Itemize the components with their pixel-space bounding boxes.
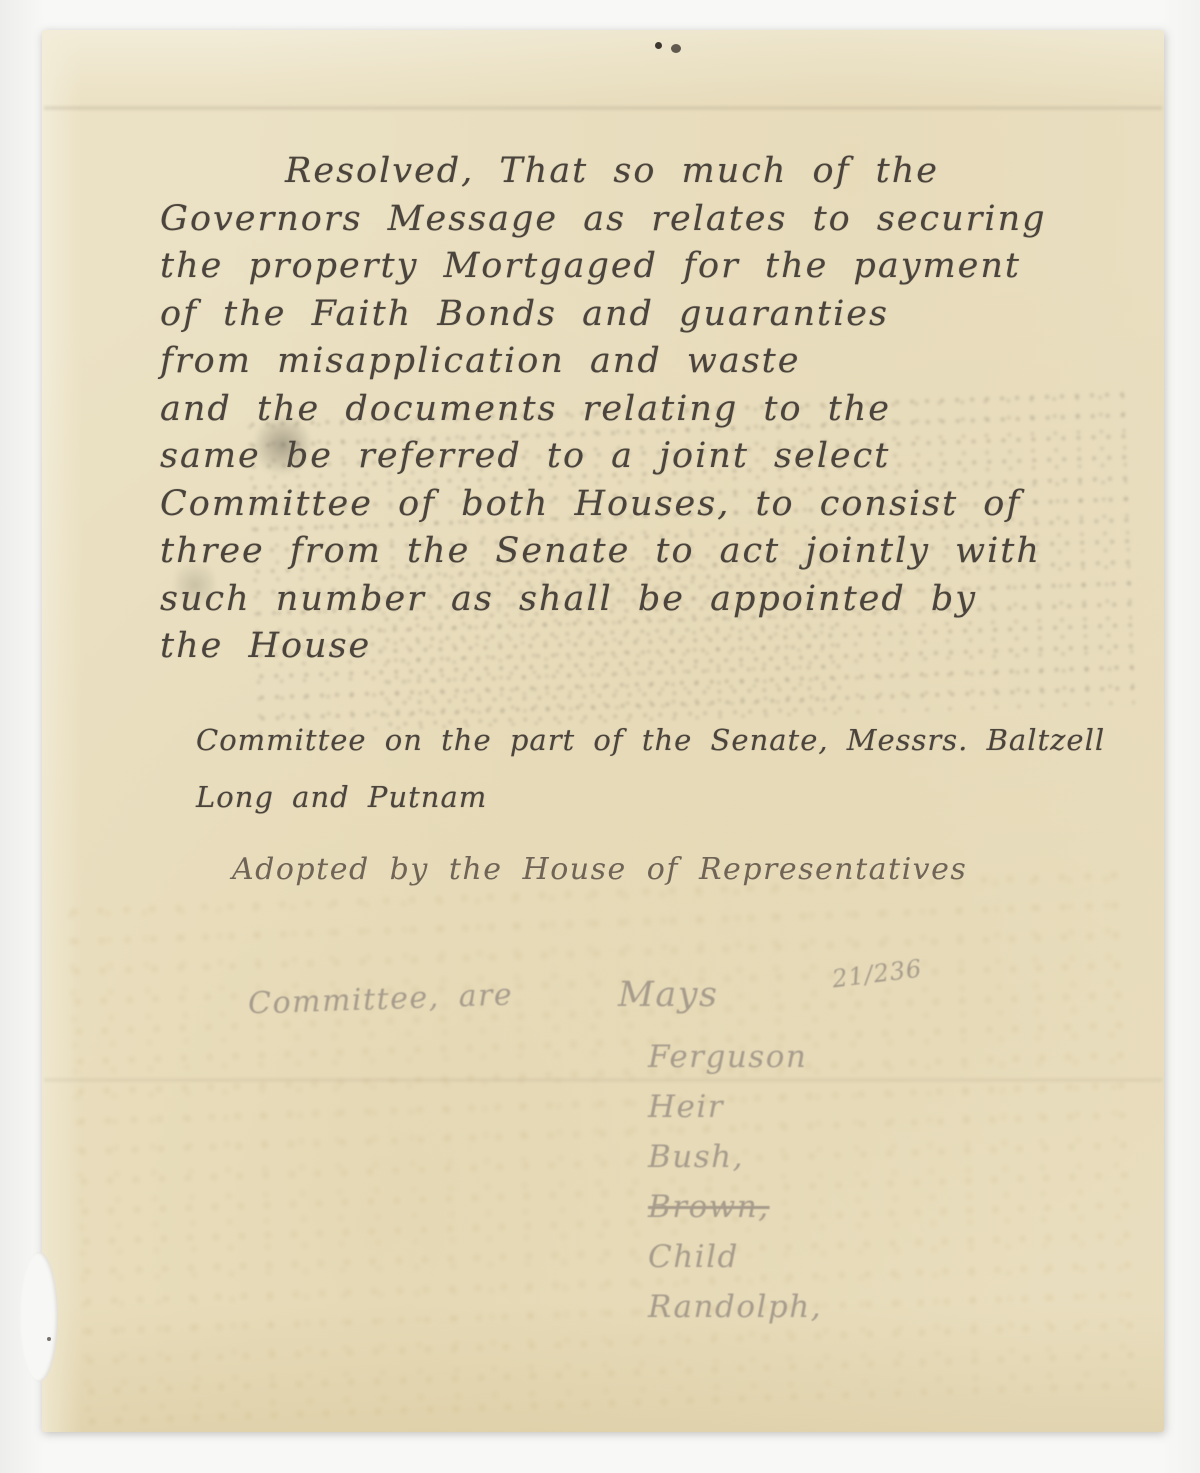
committee-note-line: Long and Putnam — [196, 769, 1105, 826]
pencil-member: Bush, — [648, 1132, 822, 1182]
ink-speck — [47, 1337, 51, 1341]
resolution-line: Governors Message as relates to securing — [160, 196, 1047, 244]
resolution-line: and the documents relating to the — [160, 386, 1047, 434]
paper-crease — [44, 106, 1162, 110]
pencil-member: Ferguson — [648, 1032, 822, 1082]
pencil-member: Child — [648, 1232, 822, 1282]
resolution-line: Committee of both Houses, to consist of — [160, 481, 1047, 529]
resolution-line: the House — [160, 623, 1047, 671]
adoption-note: Adopted by the House of Representatives — [232, 852, 967, 887]
resolution-line: from misapplication and waste — [160, 338, 1047, 386]
bleed-through-ghost — [61, 862, 1139, 1429]
resolution-line: three from the Senate to act jointly wit… — [160, 528, 1047, 576]
pencil-member: Heir — [648, 1082, 822, 1132]
paper-edge-notch — [20, 1252, 58, 1382]
ink-speck — [655, 42, 662, 49]
resolution-line: Resolved, That so much of the — [160, 148, 1047, 196]
committee-note-line: Committee on the part of the Senate, Mes… — [196, 712, 1105, 769]
resolution-line: same be referred to a joint select — [160, 433, 1047, 481]
resolution-text: Resolved, That so much of the Governors … — [160, 148, 1047, 671]
scanned-page: Resolved, That so much of the Governors … — [0, 0, 1200, 1473]
resolution-line: the property Mortgaged for the payment — [160, 243, 1047, 291]
pencil-member: Randolph, — [648, 1282, 822, 1332]
pencil-member-mays: Mays — [618, 975, 718, 1015]
resolution-line: such number as shall be appointed by — [160, 576, 1047, 624]
pencil-member-struck: Brown, — [648, 1182, 822, 1232]
senate-committee-note: Committee on the part of the Senate, Mes… — [196, 712, 1105, 826]
resolution-line: of the Faith Bonds and guaranties — [160, 291, 1047, 339]
pencil-member-list: Ferguson Heir Bush, Brown, Child Randolp… — [648, 1032, 822, 1332]
ink-speck — [671, 44, 681, 53]
